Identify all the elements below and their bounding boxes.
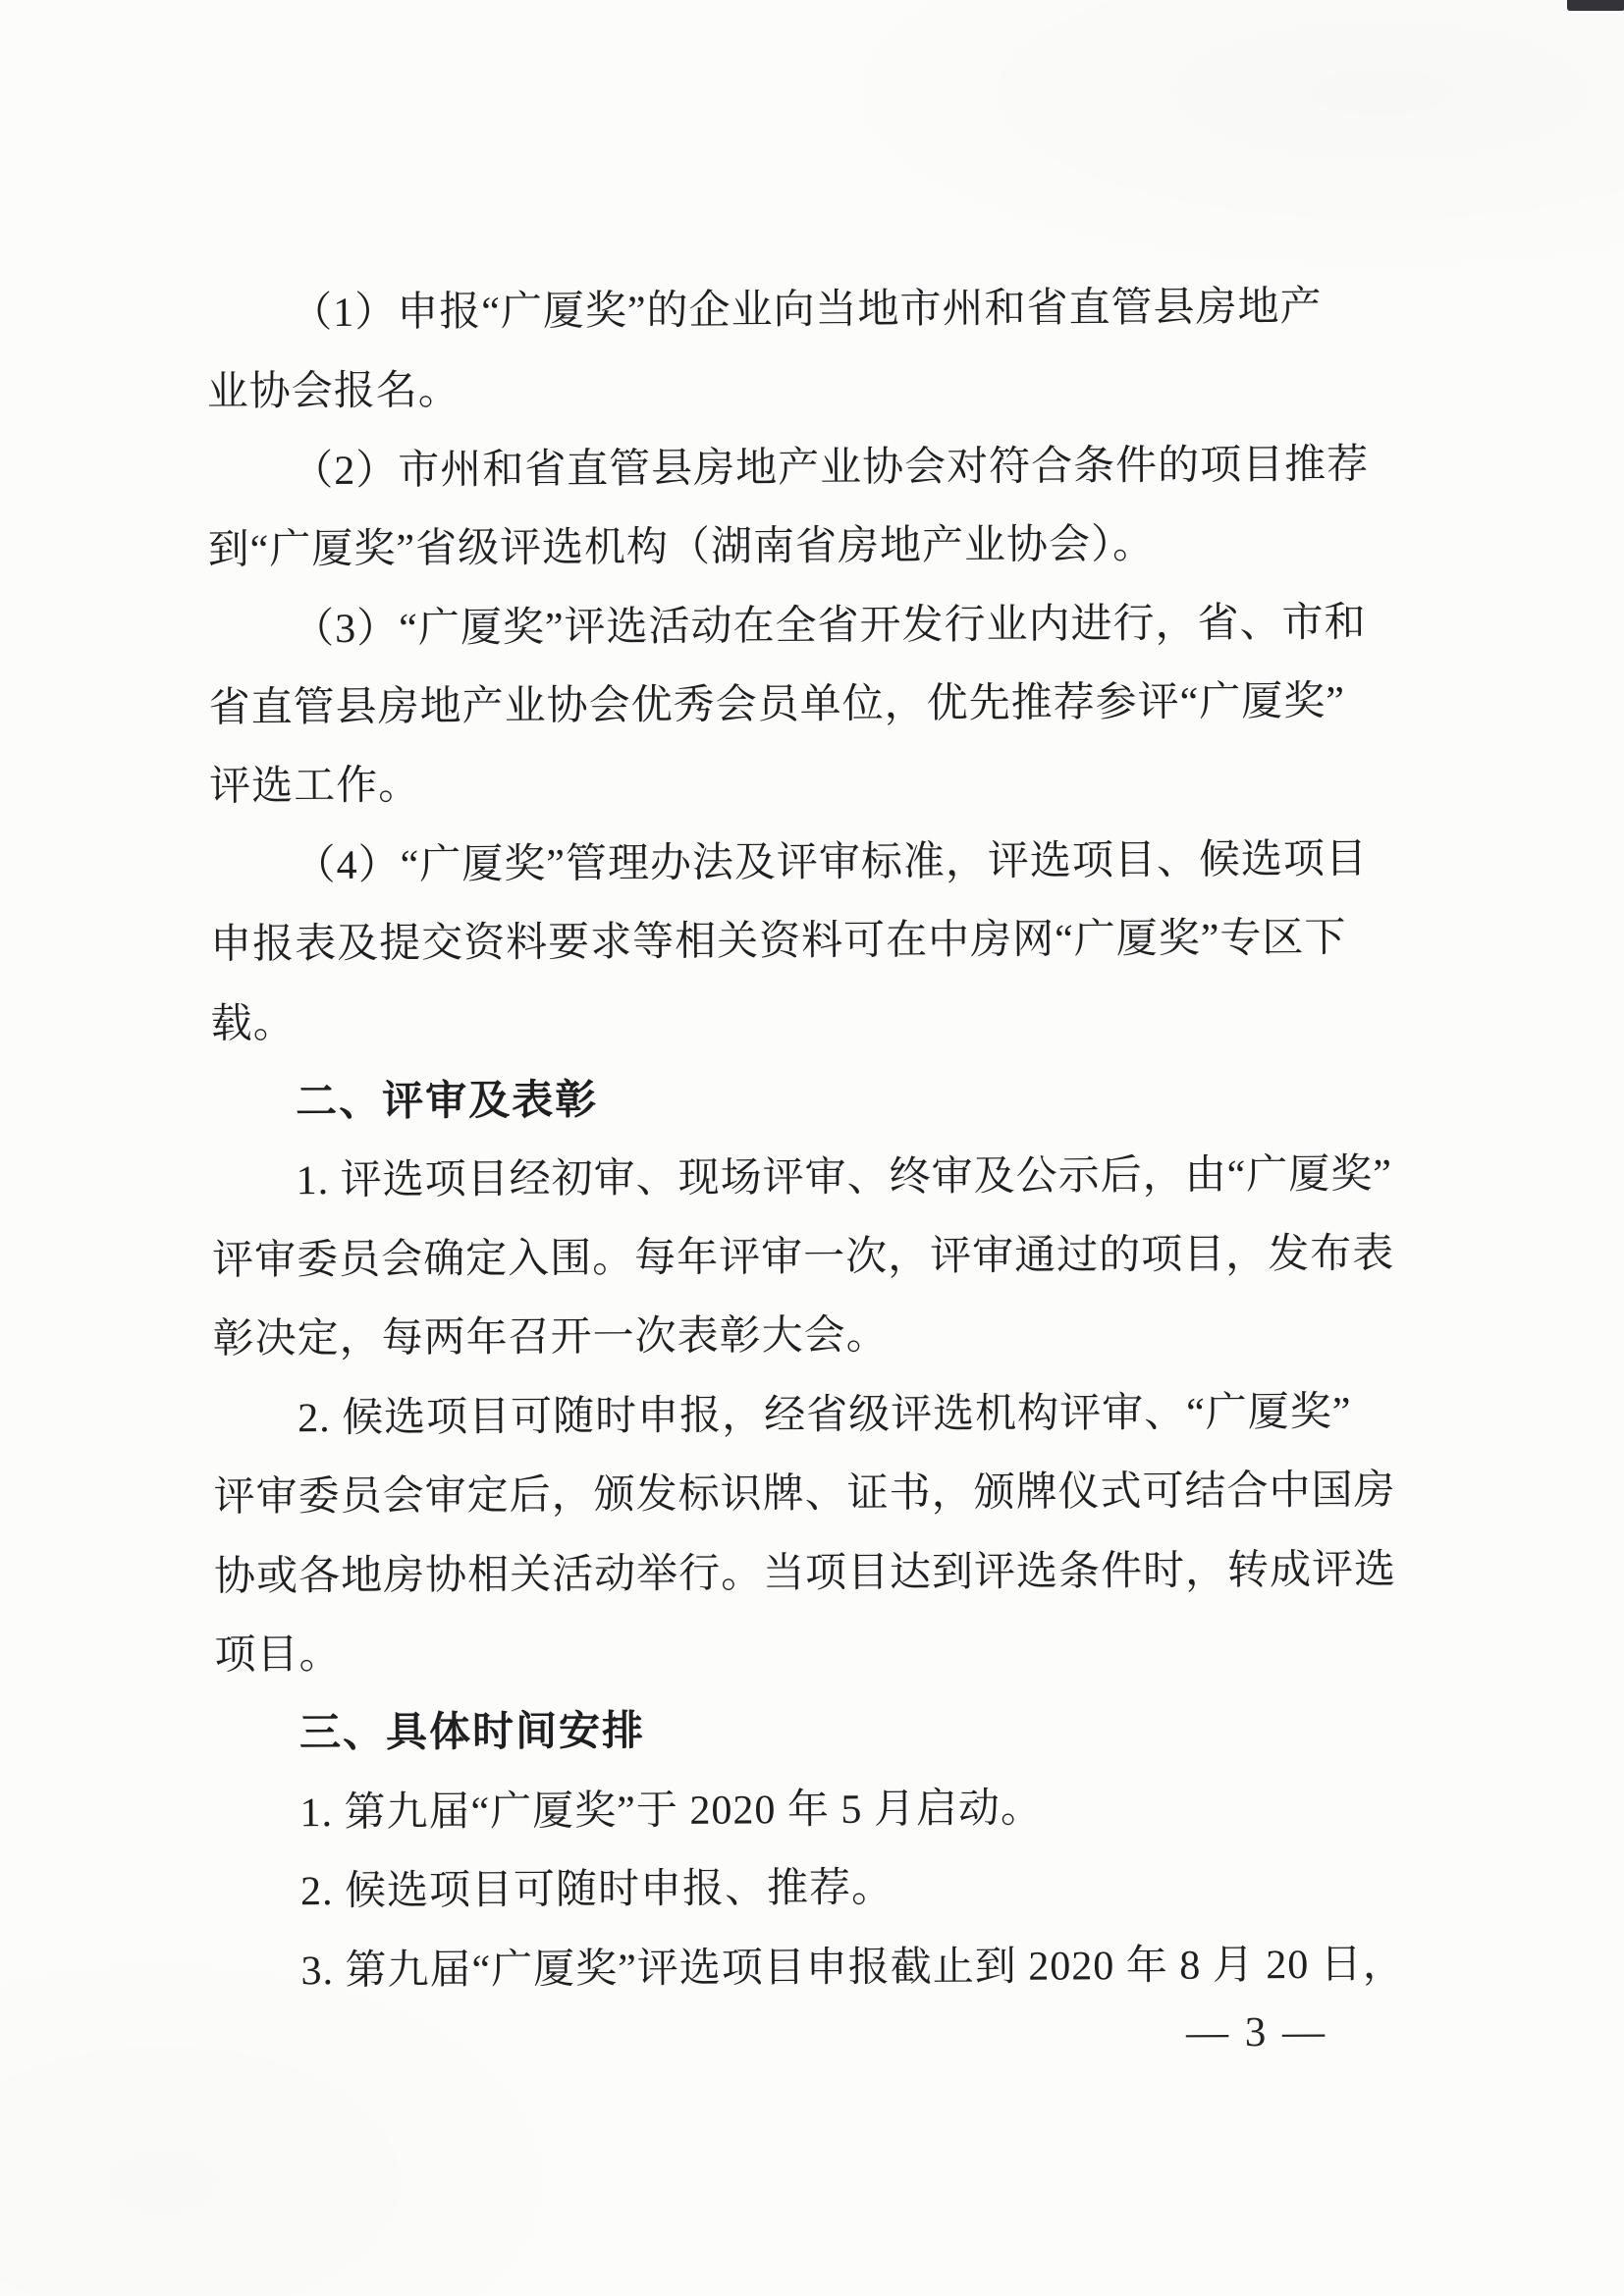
section-heading-review: 二、评审及表彰 xyxy=(211,1056,1438,1143)
paragraph-line: （3）“广厦奖”评选活动在全省开发行业内进行，省、市和 xyxy=(208,583,1435,669)
paragraph-line: 评选工作。 xyxy=(209,741,1436,828)
paragraph-line: 业协会报名。 xyxy=(207,347,1435,433)
scanned-document-page: （1）申报“广厦奖”的企业向当地市州和省直管县房地产 业协会报名。 （2）市州和… xyxy=(0,0,1624,2296)
paragraph-line: （1）申报“广厦奖”的企业向当地市州和省直管县房地产 xyxy=(206,267,1434,353)
list-item-line: 2. 候选项目可随时申报、推荐。 xyxy=(216,1845,1443,1932)
paragraph-line: 载。 xyxy=(210,978,1437,1064)
paragraph-line: 评审委员会确定入围。每年评审一次，评审通过的项目，发布表 xyxy=(212,1214,1439,1301)
paragraph-line: 彰决定，每两年召开一次表彰大会。 xyxy=(212,1293,1439,1379)
document-body: （1）申报“广厦奖”的企业向当地市州和省直管县房地产 业协会报名。 （2）市州和… xyxy=(206,267,1444,2011)
paragraph-line: 省直管县房地产业协会优秀会员单位，优先推荐参评“广厦奖” xyxy=(208,662,1435,748)
paragraph-line: 评审委员会审定后，颁发标识牌、证书，颁牌仪式可结合中国房 xyxy=(213,1451,1440,1537)
paragraph-line: 申报表及提交资料要求等相关资料可在中房网“广厦奖”专区下 xyxy=(210,898,1437,985)
list-item-line: 1. 第九届“广厦奖”于 2020 年 5 月启动。 xyxy=(215,1767,1442,1853)
section-heading-schedule: 三、具体时间安排 xyxy=(215,1687,1442,1774)
paragraph-line: 到“广厦奖”省级评选机构（湖南省房地产业协会）。 xyxy=(207,504,1435,590)
list-item-line: 2. 候选项目可随时申报，经省级评选机构评审、“广厦奖” xyxy=(213,1372,1440,1459)
paragraph-line: 协或各地房协相关活动举行。当项目达到评选条件时，转成评选 xyxy=(214,1530,1441,1617)
list-item-line: 3. 第九届“广厦奖”评选项目申报截止到 2020 年 8 月 20 日， xyxy=(216,1925,1443,2011)
scan-artifact-corner xyxy=(1567,0,1624,11)
list-item-line: 1. 评选项目经初审、现场评审、终审及公示后，由“广厦奖” xyxy=(211,1136,1438,1222)
paragraph-line: 项目。 xyxy=(214,1609,1441,1695)
page-number: — 3 — xyxy=(1186,2008,1327,2057)
paragraph-line: （4）“广厦奖”管理办法及评审标准，评选项目、候选项目 xyxy=(209,820,1436,906)
paragraph-line: （2）市州和省直管县房地产业协会对符合条件的项目推荐 xyxy=(207,425,1435,511)
